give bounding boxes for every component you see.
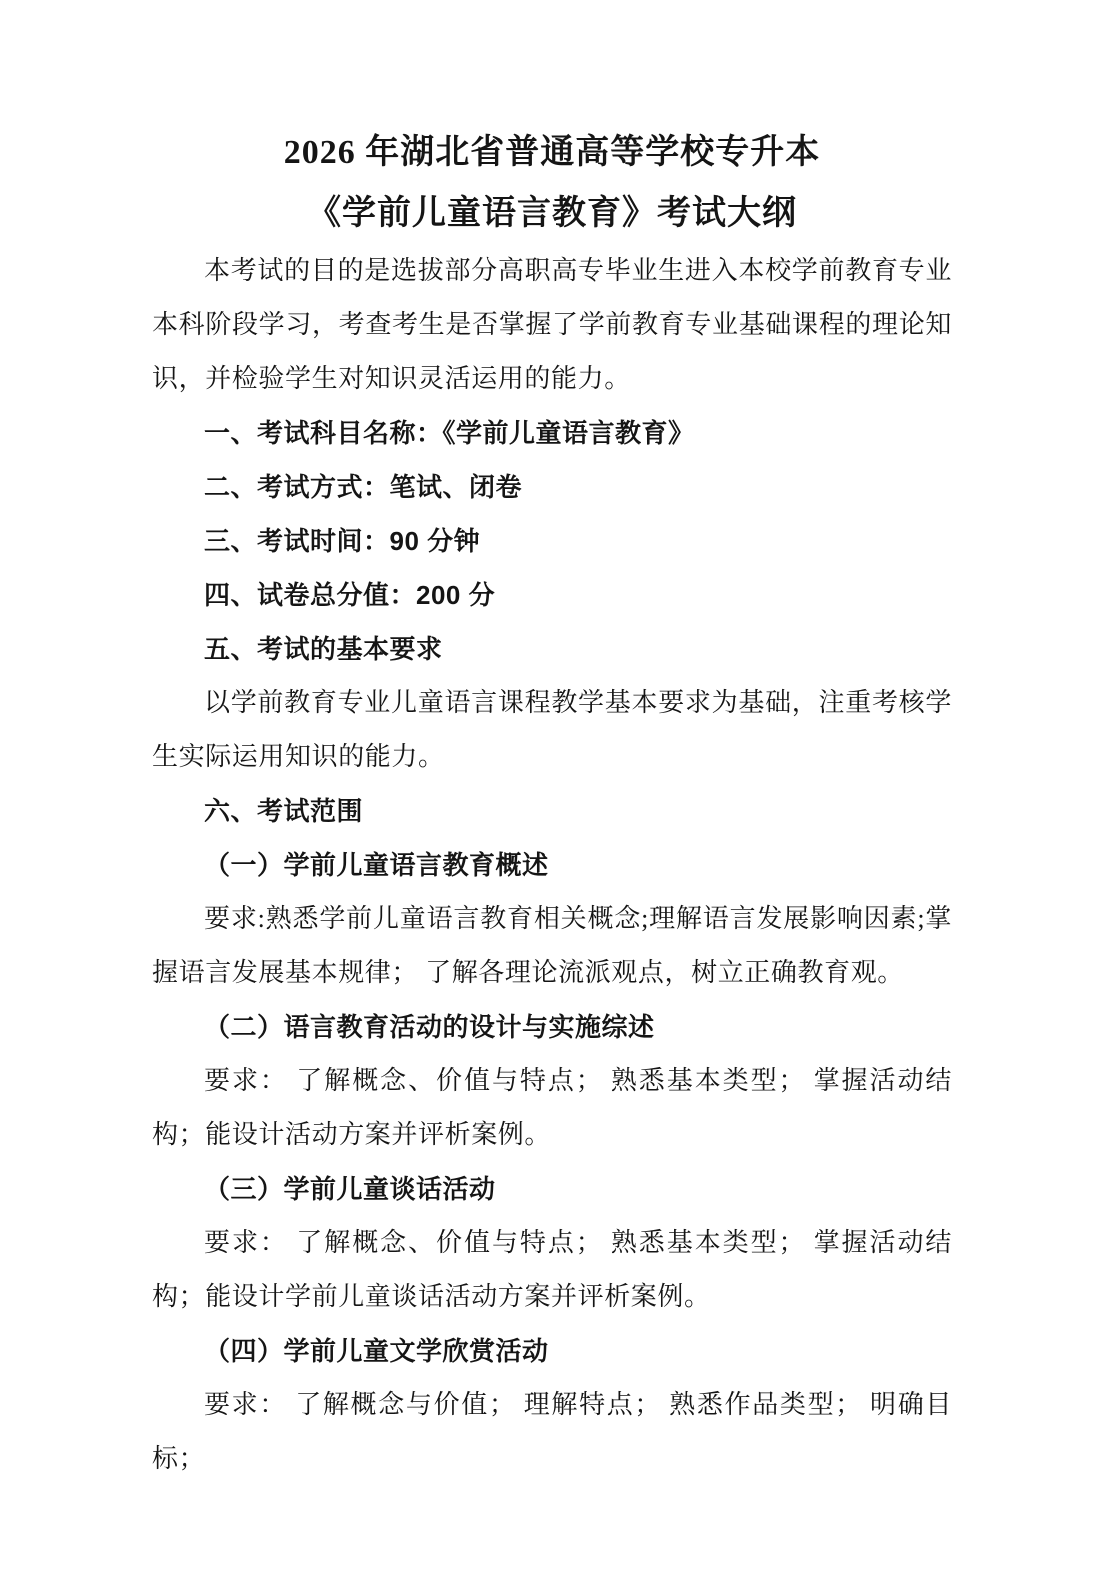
doc-body: 本考试的目的是选拔部分高职高专毕业生进入本校学前教育专业本科阶段学习，考查考生是… — [152, 244, 952, 1486]
item-exam-subject-name: 一、考试科目名称：《学前儿童语言教育》 — [152, 406, 952, 460]
doc-title-line-1: 2026 年湖北省普通高等学校专升本 — [152, 122, 952, 183]
scope-section-4-requirements: 要求： 了解概念与价值； 理解特点； 熟悉作品类型； 明确目标； — [152, 1378, 952, 1486]
scope-section-3-requirements: 要求： 了解概念、价值与特点； 熟悉基本类型； 掌握活动结构；能设计学前儿童谈话… — [152, 1216, 952, 1324]
scope-section-4-heading: （四）学前儿童文学欣赏活动 — [152, 1324, 952, 1378]
intro-paragraph: 本考试的目的是选拔部分高职高专毕业生进入本校学前教育专业本科阶段学习，考查考生是… — [152, 244, 952, 406]
item-exam-duration: 三、考试时间：90 分钟 — [152, 514, 952, 568]
scope-section-2-requirements: 要求： 了解概念、价值与特点； 熟悉基本类型； 掌握活动结构；能设计活动方案并评… — [152, 1054, 952, 1162]
item-total-score: 四、试卷总分值：200 分 — [152, 568, 952, 622]
scope-section-1-heading: （一）学前儿童语言教育概述 — [152, 838, 952, 892]
scope-section-1-requirements: 要求:熟悉学前儿童语言教育相关概念;理解语言发展影响因素;掌握语言发展基本规律；… — [152, 892, 952, 1000]
item-basic-requirements: 五、考试的基本要求 — [152, 622, 952, 676]
scope-section-3-heading: （三）学前儿童谈话活动 — [152, 1162, 952, 1216]
basic-requirements-paragraph: 以学前教育专业儿童语言课程教学基本要求为基础，注重考核学生实际运用知识的能力。 — [152, 676, 952, 784]
item-exam-method: 二、考试方式：笔试、闭卷 — [152, 460, 952, 514]
title-block: 2026 年湖北省普通高等学校专升本 《学前儿童语言教育》考试大纲 — [152, 122, 952, 244]
exam-syllabus-page: 2026 年湖北省普通高等学校专升本 《学前儿童语言教育》考试大纲 本考试的目的… — [0, 0, 1106, 1578]
item-exam-scope: 六、考试范围 — [152, 784, 952, 838]
doc-title-line-2: 《学前儿童语言教育》考试大纲 — [152, 183, 952, 244]
scope-section-2-heading: （二）语言教育活动的设计与实施综述 — [152, 1000, 952, 1054]
